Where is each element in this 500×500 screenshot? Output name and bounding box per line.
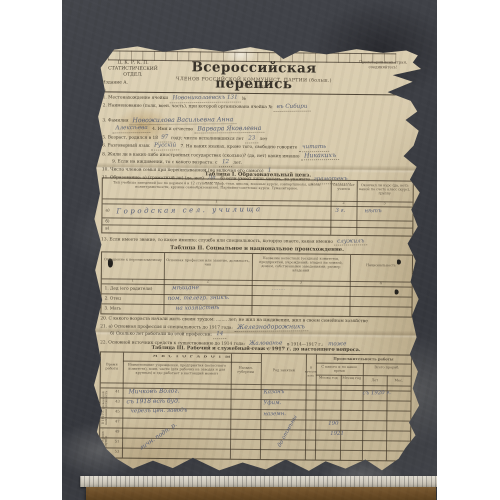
table3-entry-r3c2: черезъ цен. заводъ	[130, 408, 187, 415]
table1: Тип учебных заведений (не по нормам 4 и …	[101, 177, 414, 236]
table1-entry-school: Городская сел. училища	[116, 205, 262, 215]
question-line-4: Алексѣева 4. Имя и отчество Варвара Яков…	[102, 125, 414, 137]
table3-rownum: 43	[112, 399, 122, 403]
table3-entry-1921: 1921	[330, 431, 344, 437]
table1-col2-header: Сколько лет учился	[332, 183, 356, 191]
table3-entry-r1c2: Мичковъ Волог.	[129, 388, 180, 396]
table3-col2-header: Наименование учреждения, предприятия (во…	[125, 363, 229, 376]
org-block: Ц. К. Р. К. П. СТАТИСТИЧЕСКИЙ ОТДЕЛ. Изд…	[102, 60, 164, 95]
question-line-20: 20. С какого возраста начали жить своим …	[100, 315, 412, 325]
torn-mark	[395, 289, 399, 294]
table3-divider	[260, 354, 262, 459]
table3-vertical-label-1: В 1917 г. до военной кампании должность	[102, 391, 109, 425]
ruler-scale-strip	[80, 476, 437, 487]
table3-col5-header: В качестве кого	[305, 365, 317, 377]
question-line-22: 22. Основной источник средств к существо…	[100, 339, 412, 350]
table3-sub4: Мес.	[388, 378, 410, 382]
table2-row-rule	[102, 303, 412, 307]
table3-sub3: Лет	[364, 378, 386, 382]
table3-row-rule	[100, 417, 410, 421]
table2-row1-label: 1. Дед (его родители)	[105, 285, 153, 290]
table3-vertical-label-2: Красная Армия — служба	[101, 425, 108, 459]
question-line-8: 9. Если на иждивении, то с какого возрас…	[102, 158, 414, 169]
table1-colnum-1: 1	[103, 198, 331, 204]
table3-rownum: 45	[112, 409, 122, 413]
table3-entry-diagonal-2: до отмѣны	[277, 414, 299, 448]
table2-divider	[163, 253, 165, 314]
table1-divider	[330, 181, 332, 235]
table3-entry-r2c4: Уфим.	[263, 400, 281, 406]
document-year: 1922 года	[166, 84, 342, 91]
table3-divider	[305, 355, 307, 460]
table3-col4-header: Род занятий	[263, 368, 305, 372]
paper-crease	[93, 162, 425, 173]
table3-row-rule	[100, 427, 410, 431]
table2-colnum-4: 4	[350, 281, 412, 286]
table3-group1-rule	[123, 361, 261, 363]
table3-row-rule	[101, 397, 411, 401]
table3-subdivider	[340, 375, 342, 460]
question-line-7: 8. Жили ли в каких-либо иностранных госу…	[102, 150, 414, 161]
table2-numrow-rule	[102, 283, 412, 287]
table3-entry-r1c4: Казанъ	[264, 389, 285, 395]
question-line-21b: б) Сколько лет работали по этой професси…	[100, 331, 412, 342]
table3: М Ѣ С Т О Р А Б О Т Ы Время работы Наиме…	[99, 351, 412, 461]
form-column-scale	[108, 50, 396, 63]
ink-blot	[108, 258, 113, 267]
table3-entry-diagonal-1: личн. подп. р.	[138, 421, 178, 452]
table1-col1-header: Тип учебных заведений (не по нормам 4 и …	[107, 180, 327, 190]
photo-tile-background: Ц. К. Р. К. П. СТАТИСТИЧЕСКИЙ ОТДЕЛ. Изд…	[62, 0, 437, 500]
document-subtitle: ЧЛЕНОВ РОССИЙСКОЙ КОММУНИСТ. ПАРТИИ (бол…	[166, 77, 342, 84]
table3-group2b-header: Всего прораб.	[364, 365, 410, 369]
header-rule	[102, 91, 414, 95]
table3-row-rule	[100, 407, 410, 411]
question-line-1: 1. Местонахождение ячейки Новониколаевск…	[103, 94, 415, 105]
table2-colnum-2: 2	[164, 279, 252, 284]
table1-row-rule	[102, 217, 412, 221]
screenshot-root: Ц. К. Р. К. П. СТАТИСТИЧЕСКИЙ ОТДЕЛ. Изд…	[0, 0, 500, 500]
table2-col2-header: Основная профессия или занятие, должност…	[166, 258, 250, 267]
paper-crease	[91, 327, 423, 338]
table3-header-rule	[101, 382, 411, 386]
table1-rowmark-a: а)	[105, 207, 109, 212]
table3-entry-r1right: съ 1920 г.	[363, 390, 391, 396]
table3-entry-r3c4: наземн.	[263, 411, 286, 417]
table1-header-rule	[103, 198, 413, 202]
table3-rownum: 47	[112, 419, 122, 423]
table1-col3-header: Окончил ли курс (да, нет); какой по счет…	[359, 183, 411, 196]
slogan-line1: Пролетарии всех стран,	[348, 60, 418, 65]
table1-colnum-3: 3	[357, 201, 413, 206]
table3-subdivider	[386, 375, 388, 460]
table3-subdivider	[362, 363, 364, 460]
question-line-21a: 21. а) Основная профессия и специальност…	[100, 323, 412, 334]
table1-title: Таблица I. Образовательный ценз.	[102, 170, 414, 179]
question-line-2: 2. Наименование (полк, воен. часть), при…	[103, 103, 415, 114]
table3-title: Таблица III. Рабочий и служебный стаж с …	[100, 344, 412, 353]
table3-group2-header: Продолжительность работы	[317, 356, 410, 361]
table1-divider	[356, 181, 358, 235]
ruler	[80, 476, 437, 500]
table3-col1-header: Время работы	[102, 362, 122, 370]
table2-header-rule	[102, 278, 412, 282]
table1-row-rule	[102, 224, 412, 228]
table3-divider	[122, 353, 124, 458]
ruler-wooden-base	[86, 487, 436, 500]
torn-mark	[397, 259, 401, 264]
edition-line: Издание А.	[102, 80, 164, 87]
table2-divider	[251, 254, 253, 315]
table2-colnum-1: 1	[102, 278, 164, 283]
table2-col3-header: Название волостных (уездных) комитетов, …	[254, 256, 348, 273]
slogan-line2: соединяйтесь!	[348, 65, 418, 70]
table3-entry-r2c2: съ 1918 всѣ буд.	[126, 397, 179, 405]
table1-colnum-2: 2	[331, 201, 357, 205]
table2-row-rule	[102, 293, 412, 297]
table2-colnum-3: 3	[252, 280, 350, 285]
table3-rownum: 49	[112, 429, 122, 433]
table3-row-rule	[100, 447, 410, 451]
question-line-13: 13. Если имеете звание, то какое именно;…	[101, 236, 413, 246]
table1-rowmark-v: в)	[105, 225, 109, 230]
table3-sub2: Месяц год	[342, 376, 362, 380]
question-line-10: 11. Образование: а) (грамотный ли) (да, …	[102, 175, 414, 186]
left-margin	[0, 0, 62, 500]
document-title: Всероссийская перепись	[166, 59, 342, 93]
census-document-paper: Ц. К. Р. К. П. СТАТИСТИЧЕСКИЙ ОТДЕЛ. Изд…	[90, 44, 426, 473]
number-line: №	[102, 88, 164, 95]
table2-row1-entry2: ········	[272, 287, 286, 293]
table3-group2-rule	[316, 363, 411, 365]
table3-numrow-rule	[101, 387, 411, 391]
table3-sub1: Месяц год	[317, 376, 340, 380]
table3-col3-header: Назван. губернии	[232, 366, 260, 374]
table3-group2a-header: С какого и по какое время	[317, 365, 362, 373]
table3-entry-190: 190	[328, 421, 338, 427]
table3-divider	[315, 355, 317, 460]
table1-entry-years: 3 г.	[335, 208, 345, 214]
table2-row3-entry: на хозяйствѣ	[175, 305, 219, 312]
table1-numrow-rule	[103, 203, 413, 207]
table2-divider	[349, 255, 351, 316]
question-line-6: 6. Разговорный язык Русскій 7. На каких …	[102, 142, 414, 153]
table2-col1-header: Отношение к переписываемому	[104, 257, 162, 262]
table2-col4-header: Национальность	[352, 263, 410, 268]
slogan: Пролетарии всех стран, соединяйтесь!	[348, 60, 418, 70]
table2-row3-label: 3. Мать	[104, 305, 121, 310]
table3-divider	[230, 354, 232, 459]
table2: Отношение к переписываемому Основная про…	[100, 251, 413, 317]
question-line-9: 10. Число членов семьи при переписываемо…	[102, 167, 414, 178]
question-line-5: 5. Возраст, родился в 1897году; число ис…	[102, 134, 414, 145]
right-margin	[437, 0, 500, 500]
org-name-line2: СТАТИСТИЧЕСКИЙ ОТДЕЛ.	[102, 66, 164, 79]
org-name-line1: Ц. К. Р. К. П.	[102, 60, 164, 67]
table3-group1-header: М Ѣ С Т О Р А Б О Т Ы	[125, 354, 259, 359]
table3-rownum: 53	[112, 449, 122, 453]
table3-group2-sub-rule	[316, 375, 411, 377]
questions-20-22: 20. С какого возраста начали жить своим …	[100, 315, 412, 350]
table2-title: Таблица II. Социальное и национальное пр…	[101, 244, 413, 253]
questions-block: 1. Местонахождение ячейки Новониколаевск…	[102, 94, 415, 186]
table1-rowmark-b: б)	[105, 218, 109, 223]
table1-entry-finished: нѣтъ	[364, 208, 381, 214]
table2-row2-label: 2. Отец	[105, 295, 121, 300]
table3-row-rule	[100, 437, 410, 441]
table2-row1-entry: мѣщане	[172, 284, 199, 291]
table3-rownum: 41	[113, 389, 123, 393]
table3-rownum: 51	[112, 439, 122, 443]
table2-row2-entry: пом. телегр. зникъ.	[168, 295, 230, 302]
question-line-3: 3. Фамилия Новожилова Васильевна Анна	[102, 117, 414, 128]
